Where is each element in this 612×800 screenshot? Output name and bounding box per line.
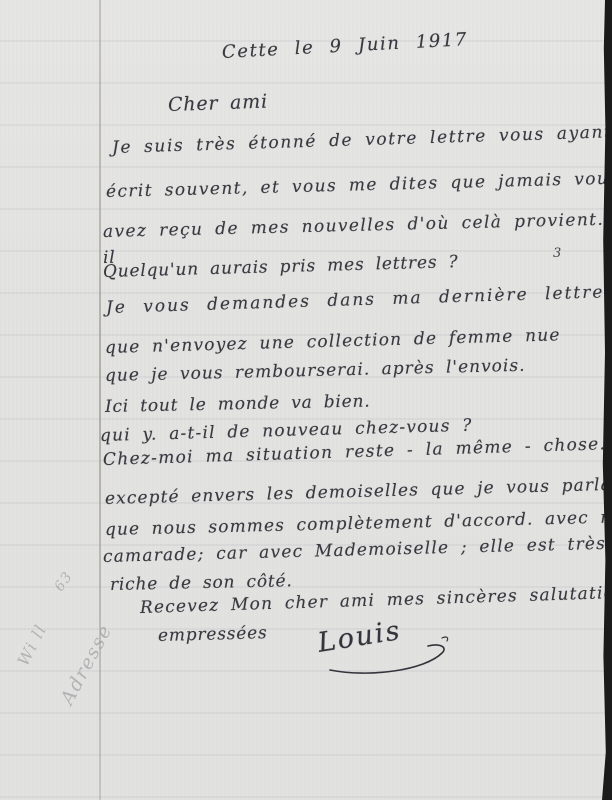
salutation: Cher ami: [168, 91, 269, 116]
vertical-margin-rule: [99, 0, 101, 800]
body-line: Ici tout le monde va bien.: [105, 391, 371, 417]
pencil-note: Adresse: [56, 621, 116, 709]
body-line: camarade; car avec Mademoiselle ; elle e…: [103, 534, 607, 567]
margin-numeral: 3: [553, 246, 561, 261]
body-line: que n'envoyez une collection de femme nu…: [105, 325, 561, 358]
pencil-note: Wi ll: [14, 621, 51, 669]
body-line: riche de son côté.: [110, 571, 293, 595]
letter-page: Cette le 9 Juin 1917 Cher ami Je suis tr…: [0, 0, 612, 800]
scan-edge-shadow: [602, 0, 612, 800]
body-line: Je vous demandes dans ma dernière lettre: [106, 282, 605, 318]
body-line: Quelqu'un aurais pris mes lettres ?: [103, 252, 459, 282]
body-line: que je vous rembourserai. après l'envois…: [105, 356, 526, 386]
body-line: excepté envers les demoiselles que je vo…: [105, 474, 612, 509]
body-line: Je suis très étonné de votre lettre vous…: [112, 122, 612, 158]
signature-flourish: [300, 628, 460, 678]
closing-word: empressées: [158, 623, 268, 646]
body-line: avez reçu de mes nouvelles d'où celà pro…: [103, 210, 605, 242]
date-line: Cette le 9 Juin 1917: [221, 29, 468, 63]
body-line: écrit souvent, et vous me dites que jama…: [106, 169, 612, 202]
pencil-note: 63: [51, 568, 76, 594]
